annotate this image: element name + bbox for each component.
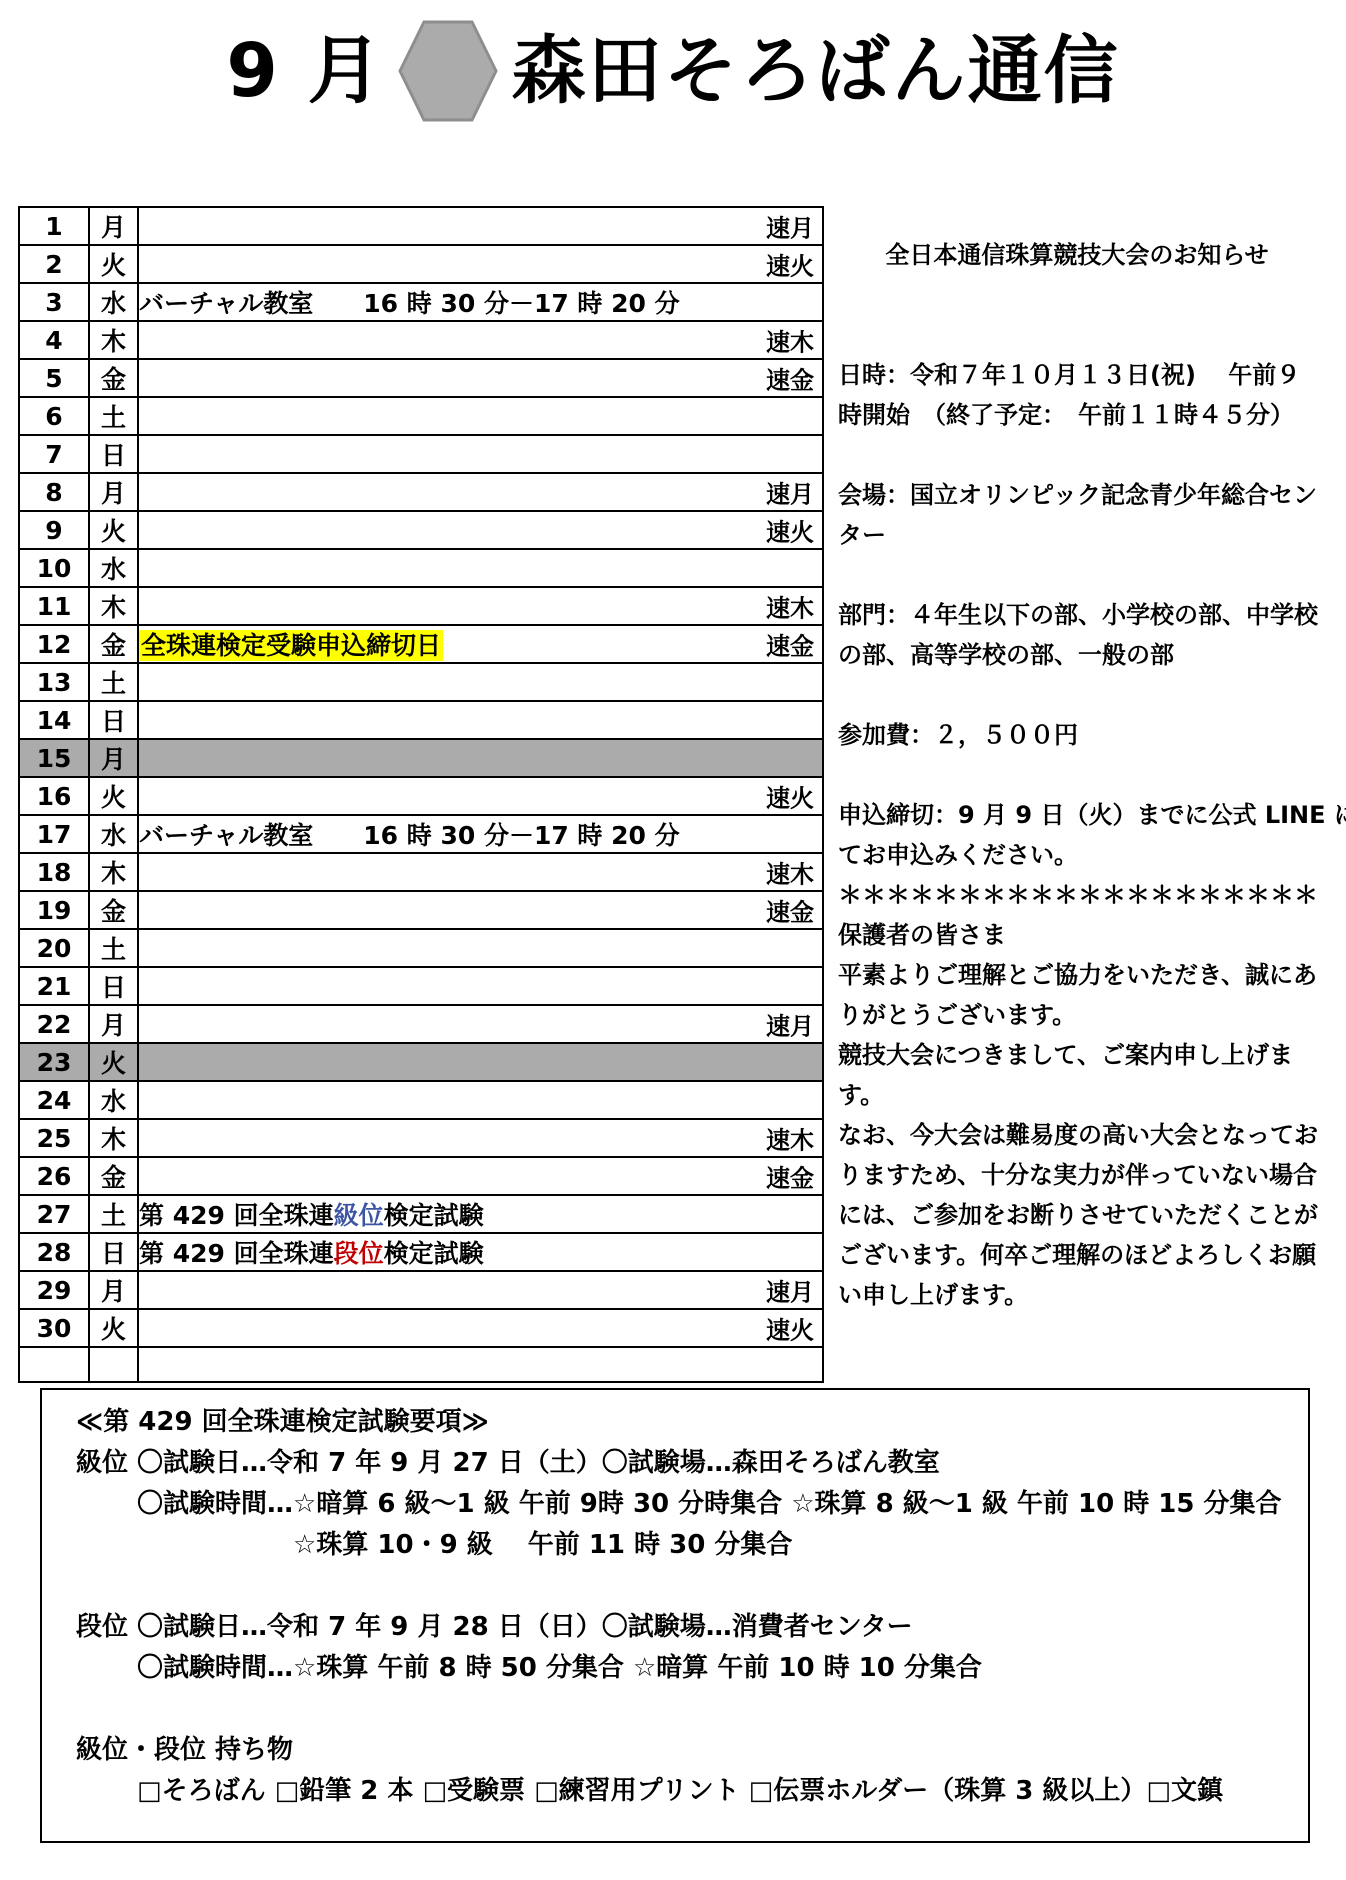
speed-class-label: 速木 [766,589,814,624]
notice-heading: 全日本通信珠算競技大会のお知らせ [838,235,1316,275]
calendar-event-cell: 速木 [138,321,823,359]
calendar-row: 24水 [19,1081,823,1119]
competition-notice: 全日本通信珠算競技大会のお知らせ 日時：令和７年１０月１３日(祝) 午前９時開始… [838,235,1316,1315]
calendar-weekday: 水 [89,549,138,587]
calendar-day-number: 2 [19,245,89,283]
notice-blank-line [838,315,1316,355]
calendar-event-text: 検定試験 [384,1201,484,1230]
calendar-row: 10水 [19,549,823,587]
calendar-event-text: 級位 [334,1201,384,1230]
speed-class-label: 速火 [766,513,814,548]
calendar-event-cell: 第 429 回全珠連級位検定試験 [138,1195,823,1233]
calendar-day-number: 3 [19,283,89,321]
speed-class-label: 速月 [766,1273,814,1308]
calendar-row: 11木速木 [19,587,823,625]
calendar-event-cell [138,1043,823,1081]
calendar-event-cell: 速月 [138,473,823,511]
calendar-event-text: バーチャル教室 16 時 30 分－17 時 20 分 [139,821,680,850]
calendar-event-text: 検定試験 [384,1239,484,1268]
calendar-event-cell [138,701,823,739]
speed-class-label: 速金 [766,627,814,662]
exam-box-line: 級位 〇試験日…令和 7 年 9 月 27 日（土）〇試験場…森田そろばん教室 [76,1443,1308,1484]
calendar-row: 30火速火 [19,1309,823,1347]
calendar-day-number: 16 [19,777,89,815]
calendar-event-cell [138,739,823,777]
newsletter-title: 9 月 森田そろばん通信 [0,16,1346,126]
calendar-day-number: 28 [19,1233,89,1271]
notice-line: い申し上げます。 [838,1275,1316,1315]
calendar-weekday: 土 [89,663,138,701]
notice-blank-line [838,435,1316,475]
exam-box-line: □そろばん □鉛筆 2 本 □受験票 □練習用プリント □伝票ホルダー（珠算 3… [76,1771,1308,1812]
notice-line: 時開始 （終了予定： 午前１１時４５分） [838,395,1316,435]
notice-line: 部門：４年生以下の部、小学校の部、中学校 [838,595,1316,635]
speed-class-label: 速月 [766,1007,814,1042]
calendar-weekday: 日 [89,1233,138,1271]
calendar-day-number: 7 [19,435,89,473]
newsletter-page: { "title": { "month_label": "9 月", "scho… [0,0,1346,1880]
calendar-day-number: 9 [19,511,89,549]
speed-class-label: 速金 [766,1159,814,1194]
calendar-weekday: 水 [89,283,138,321]
calendar-weekday: 土 [89,397,138,435]
calendar-row: 8月速月 [19,473,823,511]
calendar-day-number [19,1347,89,1382]
notice-lines: 日時：令和７年１０月１３日(祝) 午前９時開始 （終了予定： 午前１１時４５分）… [838,275,1316,1315]
notice-line: ＊＊＊＊＊＊＊＊＊＊＊＊＊＊＊＊＊＊＊＊ [838,875,1316,915]
calendar-event-cell [138,929,823,967]
calendar-row: 3水バーチャル教室 16 時 30 分－17 時 20 分 [19,283,823,321]
speed-class-label: 速月 [766,209,814,244]
calendar-weekday: 金 [89,625,138,663]
calendar-weekday: 木 [89,587,138,625]
calendar-row: 16火速火 [19,777,823,815]
calendar-row: 29月速月 [19,1271,823,1309]
notice-line: 会場：国立オリンピック記念青少年総合セン [838,475,1316,515]
calendar-weekday: 土 [89,929,138,967]
calendar-row: 22月速月 [19,1005,823,1043]
notice-line: 申込締切：9 月 9 日（火）までに公式 LINE に [838,795,1316,835]
exam-box-blank-line [76,1689,1308,1730]
calendar-event-cell [138,397,823,435]
calendar-day-number: 29 [19,1271,89,1309]
calendar-event-cell: 速木 [138,853,823,891]
calendar-row: 17水バーチャル教室 16 時 30 分－17 時 20 分 [19,815,823,853]
calendar-weekday: 日 [89,967,138,1005]
calendar-day-number: 13 [19,663,89,701]
calendar-weekday: 水 [89,815,138,853]
calendar-weekday: 火 [89,1309,138,1347]
calendar-row: 23火 [19,1043,823,1081]
calendar-weekday: 月 [89,1005,138,1043]
title-school-name: 森田そろばん通信 [512,16,1120,126]
calendar-day-number: 20 [19,929,89,967]
calendar-weekday: 金 [89,891,138,929]
exam-box-line: 級位・段位 持ち物 [76,1730,1308,1771]
calendar-day-number: 19 [19,891,89,929]
calendar-event-text: 第 429 回全珠連 [139,1239,334,1268]
calendar-row: 21日 [19,967,823,1005]
calendar-day-number: 8 [19,473,89,511]
calendar-event-cell: 第 429 回全珠連段位検定試験 [138,1233,823,1271]
calendar-event-cell: 速月 [138,1005,823,1043]
calendar-event-cell [138,1347,823,1382]
notice-line: てお申込みください。 [838,835,1316,875]
calendar-weekday: 木 [89,853,138,891]
calendar-weekday: 火 [89,777,138,815]
notice-line: 日時：令和７年１０月１３日(祝) 午前９ [838,355,1316,395]
calendar-row: 18木速木 [19,853,823,891]
speed-class-label: 速金 [766,893,814,928]
calendar-event-cell: 速火 [138,777,823,815]
calendar-event-text: 全珠連検定受験申込締切日 [139,630,443,661]
calendar-day-number: 18 [19,853,89,891]
calendar-row: 1月速月 [19,207,823,245]
september-calendar-table: 1月速月2火速火3水バーチャル教室 16 時 30 分－17 時 20 分4木速… [18,206,824,1383]
calendar-row: 7日 [19,435,823,473]
calendar-event-cell: 速金 [138,891,823,929]
calendar-weekday: 月 [89,1271,138,1309]
calendar-row: 19金速金 [19,891,823,929]
calendar-day-number: 12 [19,625,89,663]
calendar-event-cell [138,967,823,1005]
calendar-event-cell: 速金 [138,359,823,397]
calendar-row: 15月 [19,739,823,777]
notice-line: 競技大会につきまして、ご案内申し上げま [838,1035,1316,1075]
calendar-body: 1月速月2火速火3水バーチャル教室 16 時 30 分－17 時 20 分4木速… [19,207,823,1382]
exam-box-line: ≪第 429 回全珠連検定試験要項≫ [76,1402,1308,1443]
calendar-event-text: 第 429 回全珠連 [139,1201,334,1230]
calendar-weekday: 木 [89,1119,138,1157]
calendar-row: 25木速木 [19,1119,823,1157]
calendar-event-cell: 速火 [138,511,823,549]
notice-line: す。 [838,1075,1316,1115]
calendar-day-number: 5 [19,359,89,397]
calendar-event-cell [138,663,823,701]
calendar-day-number: 6 [19,397,89,435]
calendar-day-number: 10 [19,549,89,587]
calendar-weekday: 月 [89,739,138,777]
calendar-row: 4木速木 [19,321,823,359]
notice-line: 平素よりご理解とご協力をいただき、誠にあ [838,955,1316,995]
speed-class-label: 速木 [766,1121,814,1156]
notice-line: りがとうございます。 [838,995,1316,1035]
exam-requirements-box: ≪第 429 回全珠連検定試験要項≫級位 〇試験日…令和 7 年 9 月 27 … [40,1388,1310,1843]
calendar-row: 28日第 429 回全珠連段位検定試験 [19,1233,823,1271]
calendar-row: 27土第 429 回全珠連級位検定試験 [19,1195,823,1233]
calendar-event-cell: 速月 [138,207,823,245]
calendar-event-cell: 速木 [138,587,823,625]
calendar-day-number: 21 [19,967,89,1005]
hexagon-shape [398,17,498,125]
calendar-day-number: 27 [19,1195,89,1233]
exam-box-blank-line [76,1566,1308,1607]
exam-box-line: ☆珠算 10・9 級 午前 11 時 30 分集合 [76,1525,1308,1566]
calendar-weekday: 日 [89,435,138,473]
calendar-row: 12金全珠連検定受験申込締切日速金 [19,625,823,663]
calendar-day-number: 23 [19,1043,89,1081]
calendar-event-cell: 全珠連検定受験申込締切日速金 [138,625,823,663]
calendar-event-cell: バーチャル教室 16 時 30 分－17 時 20 分 [138,815,823,853]
calendar-row: 20土 [19,929,823,967]
notice-line: には、ご参加をお断りさせていただくことが [838,1195,1316,1235]
calendar-weekday: 土 [89,1195,138,1233]
notice-line: ございます。何卒ご理解のほどよろしくお願 [838,1235,1316,1275]
notice-blank-line [838,275,1316,315]
calendar-weekday: 火 [89,245,138,283]
calendar-row: 2火速火 [19,245,823,283]
calendar-weekday: 木 [89,321,138,359]
calendar-event-cell [138,549,823,587]
calendar-day-number: 14 [19,701,89,739]
calendar-event-cell [138,435,823,473]
calendar-row: 26金速金 [19,1157,823,1195]
calendar-weekday: 金 [89,1157,138,1195]
notice-line: りますため、十分な実力が伴っていない場合 [838,1155,1316,1195]
calendar-weekday: 火 [89,511,138,549]
calendar-event-cell: バーチャル教室 16 時 30 分－17 時 20 分 [138,283,823,321]
calendar-event-cell: 速火 [138,245,823,283]
calendar-weekday: 金 [89,359,138,397]
calendar-event-cell: 速金 [138,1157,823,1195]
exam-box-lines: ≪第 429 回全珠連検定試験要項≫級位 〇試験日…令和 7 年 9 月 27 … [76,1402,1308,1812]
calendar-weekday: 日 [89,701,138,739]
calendar-event-text: バーチャル教室 16 時 30 分－17 時 20 分 [139,289,680,318]
speed-class-label: 速火 [766,247,814,282]
exam-box-line: 段位 〇試験日…令和 7 年 9 月 28 日（日）〇試験場…消費者センター [76,1607,1308,1648]
calendar-event-text: 段位 [334,1239,384,1268]
title-month: 9 月 [226,16,383,126]
notice-line: ター [838,515,1316,555]
speed-class-label: 速金 [766,361,814,396]
calendar-event-cell [138,1081,823,1119]
calendar-event-cell: 速月 [138,1271,823,1309]
calendar-day-number: 17 [19,815,89,853]
calendar-day-number: 22 [19,1005,89,1043]
notice-line: 参加費：２，５００円 [838,715,1316,755]
calendar-weekday: 火 [89,1043,138,1081]
calendar-weekday: 月 [89,207,138,245]
calendar-row: 14日 [19,701,823,739]
notice-line: 保護者の皆さま [838,915,1316,955]
calendar-event-cell: 速木 [138,1119,823,1157]
calendar-day-number: 1 [19,207,89,245]
notice-blank-line [838,755,1316,795]
calendar-weekday: 月 [89,473,138,511]
notice-blank-line [838,675,1316,715]
notice-line: の部、高等学校の部、一般の部 [838,635,1316,675]
calendar-day-number: 30 [19,1309,89,1347]
calendar-row [19,1347,823,1382]
speed-class-label: 速木 [766,323,814,358]
calendar-row: 6土 [19,397,823,435]
calendar-day-number: 26 [19,1157,89,1195]
exam-box-line: 〇試験時間…☆珠算 午前 8 時 50 分集合 ☆暗算 午前 10 時 10 分… [76,1648,1308,1689]
calendar-weekday [89,1347,138,1382]
calendar-day-number: 4 [19,321,89,359]
calendar-row: 5金速金 [19,359,823,397]
speed-class-label: 速火 [766,779,814,814]
calendar-weekday: 水 [89,1081,138,1119]
calendar-day-number: 24 [19,1081,89,1119]
speed-class-label: 速月 [766,475,814,510]
calendar-row: 13土 [19,663,823,701]
calendar-row: 9火速火 [19,511,823,549]
calendar-day-number: 11 [19,587,89,625]
notice-line: なお、今大会は難易度の高い大会となってお [838,1115,1316,1155]
speed-class-label: 速火 [766,1311,814,1346]
exam-box-line: 〇試験時間…☆暗算 6 級～1 級 午前 9時 30 分時集合 ☆珠算 8 級～… [76,1484,1308,1525]
speed-class-label: 速木 [766,855,814,890]
hexagon-icon [398,17,498,125]
calendar-event-cell: 速火 [138,1309,823,1347]
notice-blank-line [838,555,1316,595]
calendar-day-number: 15 [19,739,89,777]
calendar-day-number: 25 [19,1119,89,1157]
